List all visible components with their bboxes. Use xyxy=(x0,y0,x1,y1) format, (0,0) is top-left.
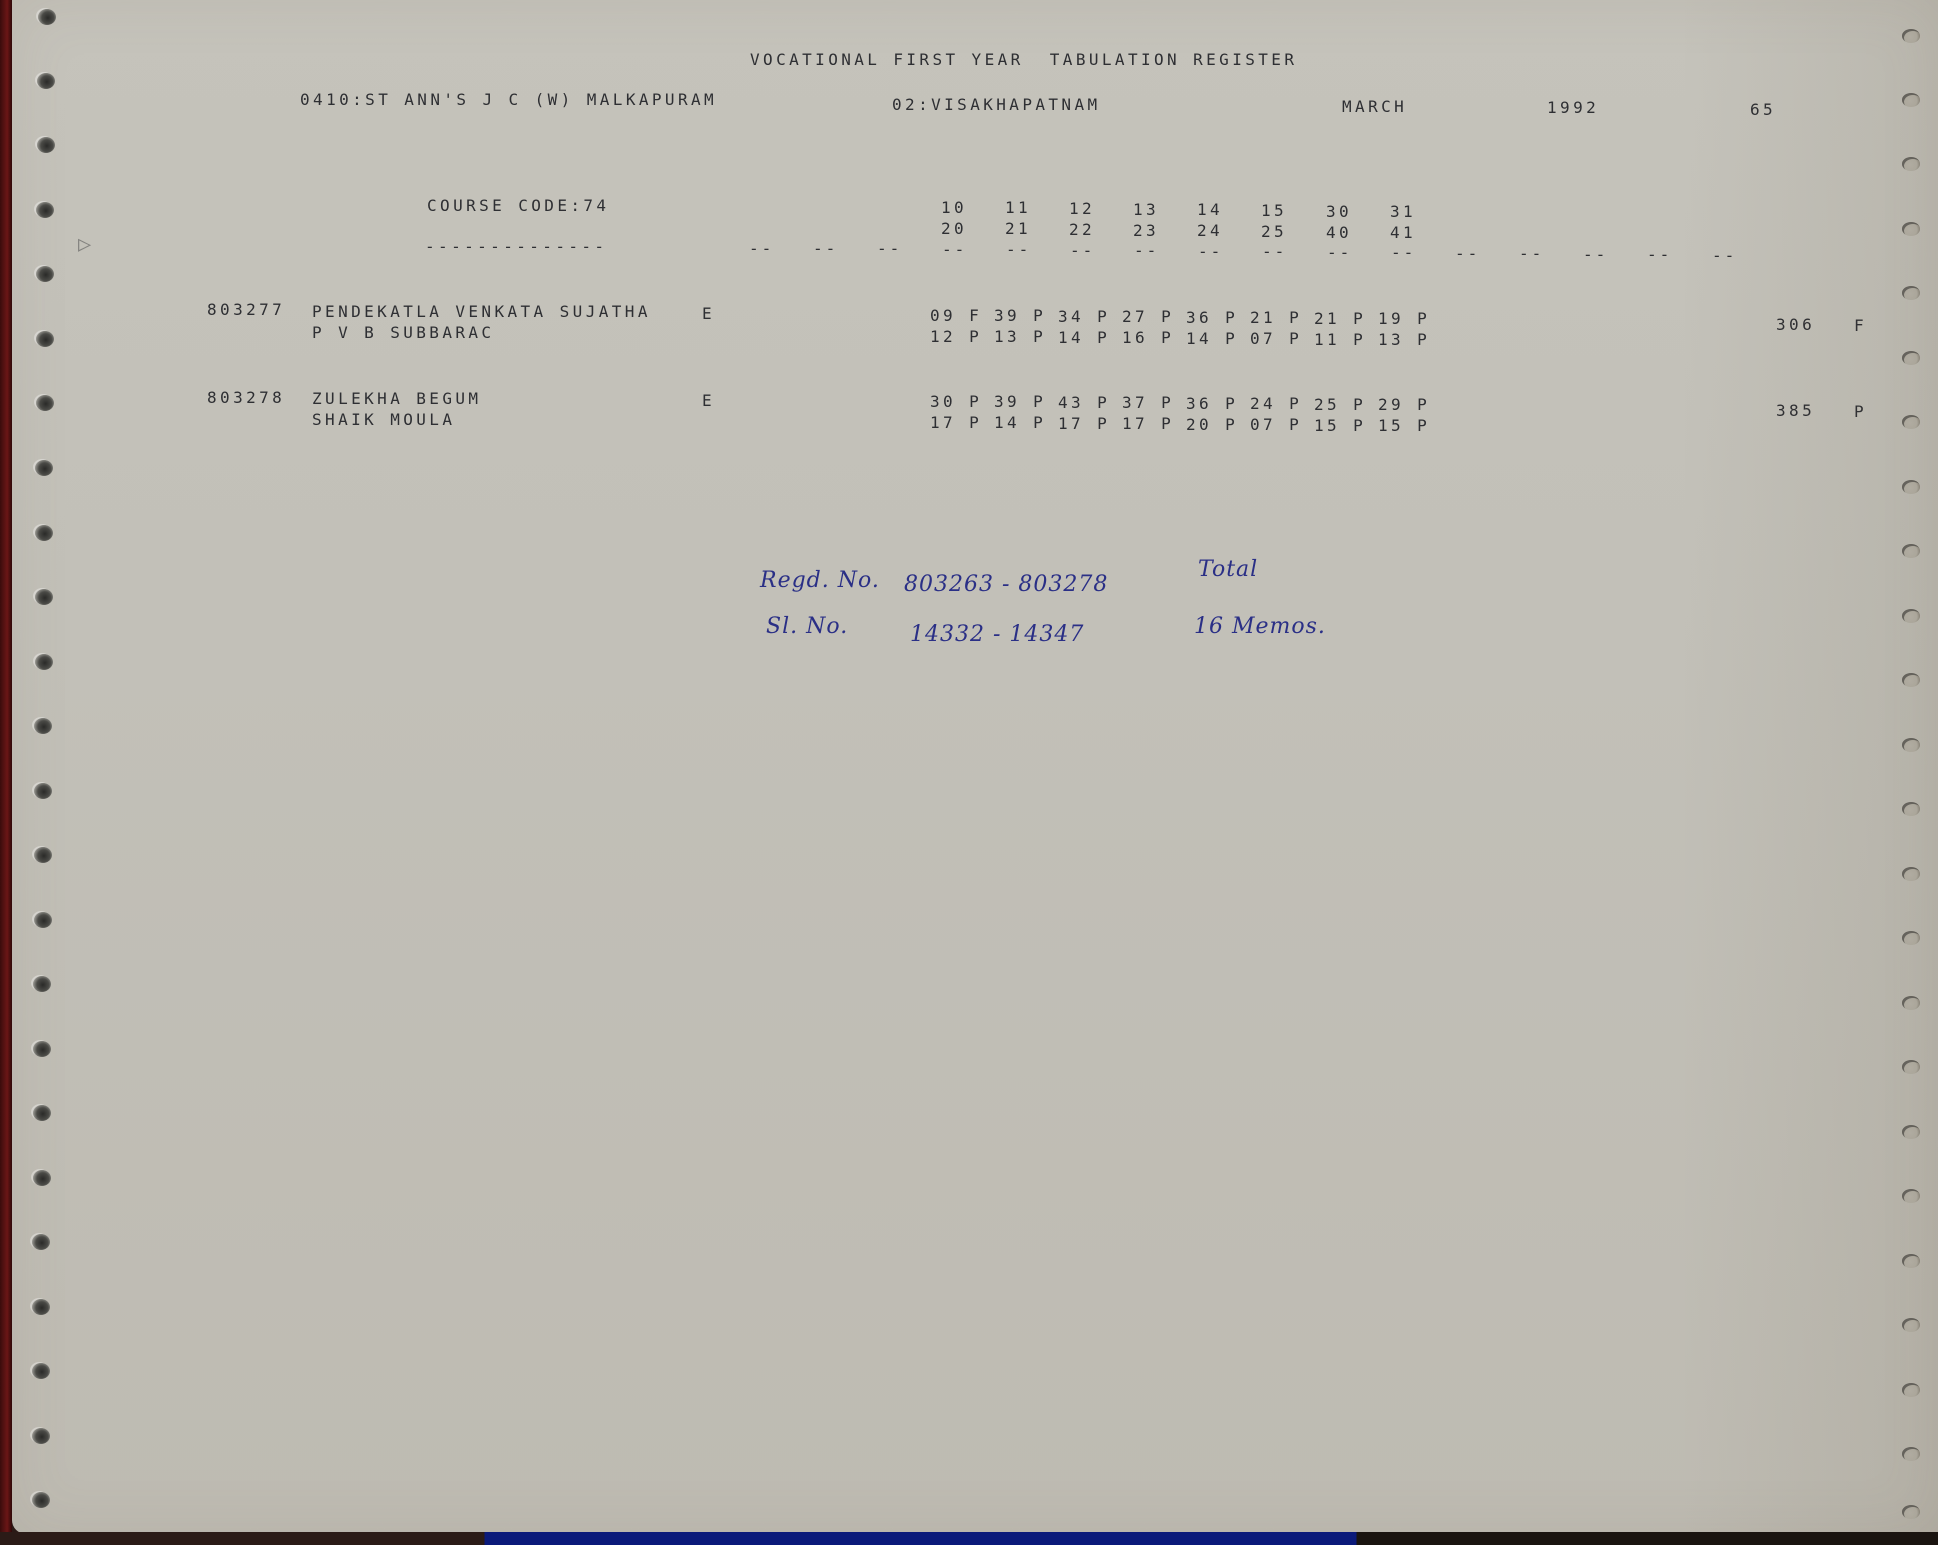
page-number: 65 xyxy=(1750,100,1776,120)
sprocket-hole xyxy=(36,331,54,347)
sprocket-hole xyxy=(33,976,51,992)
binder-edge xyxy=(0,0,12,1545)
separator: -- xyxy=(1647,245,1672,265)
sprocket-hole xyxy=(1902,286,1920,300)
sprocket-hole xyxy=(37,73,55,89)
sprocket-hole xyxy=(1902,609,1920,623)
sprocket-hole xyxy=(1902,93,1920,107)
subject-code: 21 xyxy=(998,219,1038,239)
sprocket-hole xyxy=(35,460,53,476)
separator: -- xyxy=(1391,243,1416,263)
sprocket-hole xyxy=(35,589,53,605)
subject-code: 22 xyxy=(1062,220,1102,240)
mark-cell: 07 P xyxy=(1250,329,1302,349)
subject-code: 41 xyxy=(1383,223,1423,243)
result-status: P xyxy=(1854,402,1867,422)
result-status: F xyxy=(1854,316,1867,336)
sprocket-hole xyxy=(36,266,54,282)
sprocket-hole xyxy=(34,912,52,928)
subject-code: 11 xyxy=(998,198,1038,218)
separator: -- xyxy=(813,239,838,259)
subject-code: 30 xyxy=(1319,202,1359,222)
subject-code: 13 xyxy=(1126,200,1166,220)
exam-month: MARCH xyxy=(1342,97,1407,117)
mark-cell: 09 F xyxy=(930,306,982,326)
separator: -- xyxy=(1455,244,1480,264)
mark-cell: 19 P xyxy=(1378,309,1430,329)
medium: E xyxy=(702,304,715,324)
student-name: PENDEKATLA VENKATA SUJATHA xyxy=(312,302,651,322)
mark-cell: 24 P xyxy=(1250,394,1302,414)
exam-year: 1992 xyxy=(1547,98,1599,118)
sprocket-hole xyxy=(1902,931,1920,945)
sprocket-hole xyxy=(1902,29,1920,43)
sprocket-hole xyxy=(35,525,53,541)
subject-code: 31 xyxy=(1383,202,1423,222)
sprocket-hole xyxy=(33,1170,51,1186)
separator: -- xyxy=(1006,240,1031,260)
sprocket-hole xyxy=(34,847,52,863)
sprocket-hole xyxy=(35,654,53,670)
mark-cell: 30 P xyxy=(930,392,982,412)
mark-cell: 17 P xyxy=(1122,414,1174,434)
mark-cell: 13 P xyxy=(1378,330,1430,350)
total-label: Total xyxy=(1198,557,1258,582)
sprocket-hole xyxy=(32,1492,50,1508)
sprocket-hole xyxy=(1902,1383,1920,1397)
sprocket-hole xyxy=(1902,802,1920,816)
mark-cell: 14 P xyxy=(1058,328,1110,348)
sprocket-hole xyxy=(1902,157,1920,171)
course-code-underline: -------------- xyxy=(425,237,607,257)
registration-number: 803278 xyxy=(207,388,285,408)
separator: -- xyxy=(877,239,902,259)
sl-no-range: 14332 - 14347 xyxy=(910,622,1084,647)
separator: -- xyxy=(749,239,774,259)
mark-cell: 07 P xyxy=(1250,415,1302,435)
sprocket-hole xyxy=(36,202,54,218)
course-code: COURSE CODE:74 xyxy=(427,196,609,216)
subject-code: 12 xyxy=(1062,199,1102,219)
parent-name: P V B SUBBARAC xyxy=(312,323,494,343)
sprocket-hole xyxy=(38,9,56,25)
mark-cell: 39 P xyxy=(994,392,1046,412)
sprocket-hole xyxy=(1902,1125,1920,1139)
total-marks: 306 xyxy=(1776,315,1815,335)
sprocket-hole xyxy=(1902,1447,1920,1461)
mark-cell: 17 P xyxy=(1058,414,1110,434)
sprocket-hole xyxy=(32,1299,50,1315)
student-name: ZULEKHA BEGUM xyxy=(312,389,481,409)
subject-code: 23 xyxy=(1126,221,1166,241)
sprocket-hole xyxy=(1902,415,1920,429)
mark-cell: 37 P xyxy=(1122,393,1174,413)
separator: -- xyxy=(942,240,967,260)
registration-number: 803277 xyxy=(207,300,285,320)
separator: -- xyxy=(1327,243,1352,263)
sprocket-hole xyxy=(1902,996,1920,1010)
subject-code: 25 xyxy=(1254,222,1294,242)
sprocket-hole xyxy=(32,1363,50,1379)
sprocket-hole xyxy=(37,137,55,153)
sprocket-hole xyxy=(1902,480,1920,494)
subject-code: 14 xyxy=(1190,200,1230,220)
sprocket-hole xyxy=(1902,544,1920,558)
mark-cell: 34 P xyxy=(1058,307,1110,327)
register-title: VOCATIONAL FIRST YEAR TABULATION REGISTE… xyxy=(750,50,1297,70)
mark-cell: 36 P xyxy=(1186,308,1238,328)
paper-mark: ▷ xyxy=(78,232,91,257)
register-page: ▷ VOCATIONAL FIRST YEAR TABULATION REGIS… xyxy=(12,0,1938,1534)
subject-code: 20 xyxy=(934,219,974,239)
sprocket-hole xyxy=(36,395,54,411)
separator: -- xyxy=(1262,242,1287,262)
sprocket-hole xyxy=(34,783,52,799)
medium: E xyxy=(702,391,715,411)
sprocket-hole xyxy=(32,1234,50,1250)
mark-cell: 20 P xyxy=(1186,415,1238,435)
mark-cell: 14 P xyxy=(1186,329,1238,349)
sl-no-label: Sl. No. xyxy=(766,614,848,639)
subject-code: 15 xyxy=(1254,201,1294,221)
sprocket-hole xyxy=(34,718,52,734)
regd-no-range: 803263 - 803278 xyxy=(904,572,1108,597)
mark-cell: 17 P xyxy=(930,413,982,433)
background-surface xyxy=(0,1532,1938,1545)
separator: -- xyxy=(1134,241,1159,261)
mark-cell: 36 P xyxy=(1186,394,1238,414)
mark-cell: 21 P xyxy=(1314,309,1366,329)
sprocket-hole xyxy=(1902,867,1920,881)
mark-cell: 21 P xyxy=(1250,308,1302,328)
sprocket-hole xyxy=(1902,1254,1920,1268)
sprocket-hole xyxy=(1902,1318,1920,1332)
total-marks: 385 xyxy=(1776,401,1815,421)
subject-code: 40 xyxy=(1319,223,1359,243)
mark-cell: 29 P xyxy=(1378,395,1430,415)
sprocket-hole xyxy=(1902,222,1920,236)
mark-cell: 13 P xyxy=(994,327,1046,347)
sprocket-hole xyxy=(1902,1060,1920,1074)
college-name: 0410:ST ANN'S J C (W) MALKAPURAM xyxy=(300,90,717,110)
mark-cell: 25 P xyxy=(1314,395,1366,415)
sprocket-hole xyxy=(1902,351,1920,365)
district-name: 02:VISAKHAPATNAM xyxy=(892,95,1101,115)
separator: -- xyxy=(1519,244,1544,264)
separator: -- xyxy=(1712,246,1737,266)
mark-cell: 27 P xyxy=(1122,307,1174,327)
mark-cell: 39 P xyxy=(994,306,1046,326)
mark-cell: 15 P xyxy=(1378,416,1430,436)
sprocket-hole xyxy=(1902,738,1920,752)
mark-cell: 12 P xyxy=(930,327,982,347)
separator: -- xyxy=(1583,245,1608,265)
regd-no-label: Regd. No. xyxy=(760,568,880,593)
subject-code: 24 xyxy=(1190,221,1230,241)
mark-cell: 43 P xyxy=(1058,393,1110,413)
mark-cell: 11 P xyxy=(1314,330,1366,350)
sprocket-hole xyxy=(1902,673,1920,687)
mark-cell: 16 P xyxy=(1122,328,1174,348)
sprocket-hole xyxy=(1902,1505,1920,1519)
sprocket-hole xyxy=(1902,1189,1920,1203)
subject-code: 10 xyxy=(934,198,974,218)
parent-name: SHAIK MOULA xyxy=(312,410,455,430)
sprocket-hole xyxy=(33,1105,51,1121)
memos-count: 16 Memos. xyxy=(1194,614,1326,639)
sprocket-hole xyxy=(33,1041,51,1057)
sprocket-hole xyxy=(32,1428,50,1444)
mark-cell: 14 P xyxy=(994,413,1046,433)
separator: -- xyxy=(1070,241,1095,261)
mark-cell: 15 P xyxy=(1314,416,1366,436)
separator: -- xyxy=(1198,242,1223,262)
